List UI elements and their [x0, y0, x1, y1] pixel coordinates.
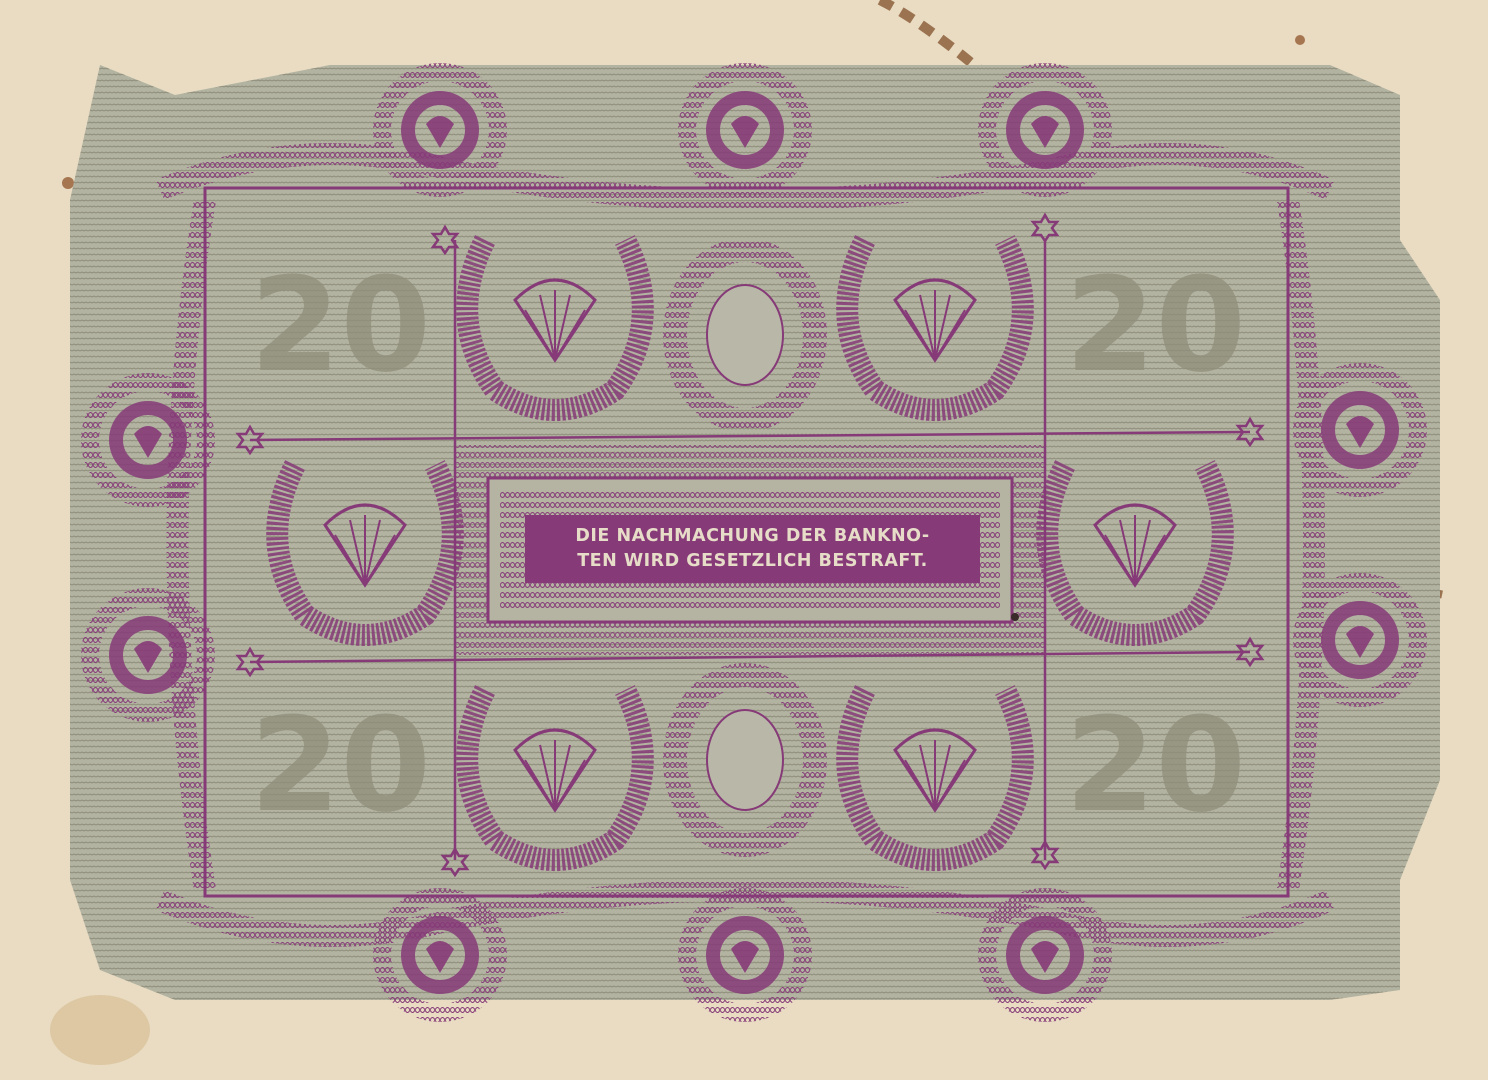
- inscription-line-2: TEN WIRD GESETZLICH BESTRAFT.: [577, 549, 928, 574]
- numeral-bottom-right: 20: [1065, 689, 1246, 841]
- numeral-top-left: 20: [250, 249, 431, 401]
- warning-inscription: DIE NACHMACHUNG DER BANKNO- TEN WIRD GES…: [525, 518, 980, 580]
- numeral-top-right: 20: [1065, 249, 1246, 401]
- inscription-line-1: DIE NACHMACHUNG DER BANKNO-: [575, 524, 929, 549]
- numeral-bottom-left: 20: [250, 689, 431, 841]
